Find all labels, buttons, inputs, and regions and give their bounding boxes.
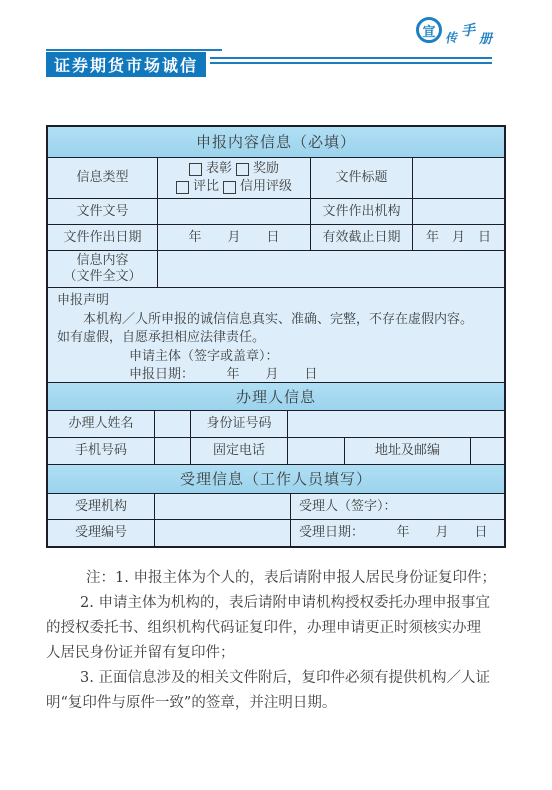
declaration-form-table: 申报内容信息（必填） 信息类型 表彰 奖励 评比 信用评级 文件标题 文件文号 (46, 125, 506, 548)
doc-number-label-cell: 文件文号 (48, 199, 157, 224)
address-value-cell (470, 438, 504, 464)
accept-number-row: 受理编号 受理日期： 年 月 日 (48, 519, 504, 546)
content-label-cell: 信息内容 （文件全文） (48, 251, 157, 287)
note-line-4: 人居民身份证并留有复印件； (46, 641, 508, 666)
issuing-org-label-cell: 文件作出机构 (310, 199, 412, 224)
acceptor-signature-cell: 受理人（签字）： (290, 494, 504, 519)
content-label-line1: 信息内容 (76, 253, 128, 269)
content-label-line2: （文件全文） (63, 269, 141, 285)
declaration-row: 申报声明 本机构／人所申报的诚信信息真实、准确、完整，不存在虚假内容。 如有虚假… (48, 287, 504, 382)
landline-value-cell (287, 438, 344, 464)
section2-title-cell: 办理人信息 (48, 383, 504, 410)
doc-number-row: 文件文号 文件作出机构 (48, 198, 504, 224)
issuing-org-value-cell (412, 199, 504, 224)
chapter-title: 证券期货市场诚信 (54, 53, 198, 76)
declaration-date-line: 申报日期： 年 月 日 (129, 366, 495, 382)
handbook-logo: 宣 传 手 册 (416, 17, 492, 43)
info-type-checkbox-cell: 表彰 奖励 评比 信用评级 (157, 158, 310, 198)
info-type-row: 信息类型 表彰 奖励 评比 信用评级 文件标题 (48, 157, 504, 198)
declaration-subject-line: 申请主体（签字或盖章）： (129, 348, 495, 367)
note-line-6: 明“复印件与原件一致”的签章，并注明日期。 (46, 691, 508, 716)
checkbox-appraisal-label: 评比 (193, 179, 219, 195)
handbook-page: 宣 传 手 册 证券期货市场诚信 申报内容信息（必填） 信息类型 表彰 奖励 评… (0, 0, 552, 790)
note-line-3: 的授权委托书、组织机构代码证复印件，办理申请更正时须核实办理 (46, 616, 508, 641)
checkbox-award[interactable] (236, 163, 249, 176)
handler-name-value-cell (154, 411, 190, 437)
info-type-label-cell: 信息类型 (48, 158, 157, 198)
checkbox-commendation-label: 表彰 (206, 161, 232, 177)
doc-title-label-cell: 文件标题 (310, 158, 412, 198)
landline-label-cell: 固定电话 (190, 438, 287, 464)
note-line-1: 注：1. 申报主体为个人的，表后请附申报人居民身份证复印件； (46, 566, 508, 591)
header-double-rule (210, 57, 492, 64)
form-notes: 注：1. 申报主体为个人的，表后请附申报人居民身份证复印件； 2. 申请主体为机… (46, 566, 508, 716)
issue-date-value-cell: 年 月 日 (157, 225, 310, 250)
section1-header-row: 申报内容信息（必填） (48, 127, 504, 157)
dates-row: 文件作出日期 年 月 日 有效截止日期 年 月 日 (48, 224, 504, 250)
section3-header-row: 受理信息（工作人员填写） (48, 464, 504, 493)
logo-circle-char: 宣 (416, 17, 442, 43)
accept-org-label-cell: 受理机构 (48, 494, 154, 519)
id-number-label-cell: 身份证号码 (190, 411, 287, 437)
mobile-label-cell: 手机号码 (48, 438, 154, 464)
accept-org-value-cell (154, 494, 290, 519)
declaration-title: 申报声明 (57, 292, 495, 311)
logo-script-char-1: 传 (444, 28, 458, 46)
logo-script-char-3: 册 (479, 28, 492, 47)
content-row: 信息内容 （文件全文） (48, 250, 504, 287)
logo-script-char-2: 手 (460, 20, 475, 41)
checkbox-credit-rating-label: 信用评级 (240, 179, 292, 195)
declaration-line1: 本机构／人所申报的诚信信息真实、准确、完整，不存在虚假内容。 (57, 311, 495, 330)
doc-number-value-cell (157, 199, 310, 224)
section1-title-cell: 申报内容信息（必填） (48, 127, 504, 157)
accept-number-value-cell (154, 520, 290, 546)
expiry-date-label-cell: 有效截止日期 (310, 225, 412, 250)
issue-date-label-cell: 文件作出日期 (48, 225, 157, 250)
accept-number-label-cell: 受理编号 (48, 520, 154, 546)
accept-date-cell: 受理日期： 年 月 日 (290, 520, 504, 546)
declaration-line2: 如有虚假，自愿承担相应法律责任。 (57, 329, 495, 348)
checkbox-award-label: 奖励 (253, 161, 279, 177)
note-line-5: 3. 正面信息涉及的相关文件附后，复印件必须有提供机构／人证 (46, 666, 508, 691)
note-line-2: 2. 申请主体为机构的，表后请附申请机构授权委托办理申报事宜 (46, 591, 508, 616)
section3-title-cell: 受理信息（工作人员填写） (48, 465, 504, 493)
chapter-title-bar: 证券期货市场诚信 (46, 52, 206, 77)
address-label-cell: 地址及邮编 (344, 438, 470, 464)
expiry-date-value-cell: 年 月 日 (412, 225, 504, 250)
doc-title-value-cell (412, 158, 504, 198)
header-top-rule (46, 49, 222, 51)
handler-name-row: 办理人姓名 身份证号码 (48, 410, 504, 437)
checkbox-line-1: 表彰 奖励 (189, 161, 279, 177)
section2-header-row: 办理人信息 (48, 382, 504, 410)
handler-name-label-cell: 办理人姓名 (48, 411, 154, 437)
checkbox-appraisal[interactable] (176, 181, 189, 194)
id-number-value-cell (287, 411, 504, 437)
checkbox-credit-rating[interactable] (223, 181, 236, 194)
checkbox-commendation[interactable] (189, 163, 202, 176)
content-value-cell (157, 251, 504, 287)
mobile-value-cell (154, 438, 190, 464)
checkbox-line-2: 评比 信用评级 (176, 179, 292, 195)
declaration-cell: 申报声明 本机构／人所申报的诚信信息真实、准确、完整，不存在虚假内容。 如有虚假… (48, 288, 504, 382)
handler-contact-row: 手机号码 固定电话 地址及邮编 (48, 437, 504, 464)
accept-org-row: 受理机构 受理人（签字）： (48, 493, 504, 519)
